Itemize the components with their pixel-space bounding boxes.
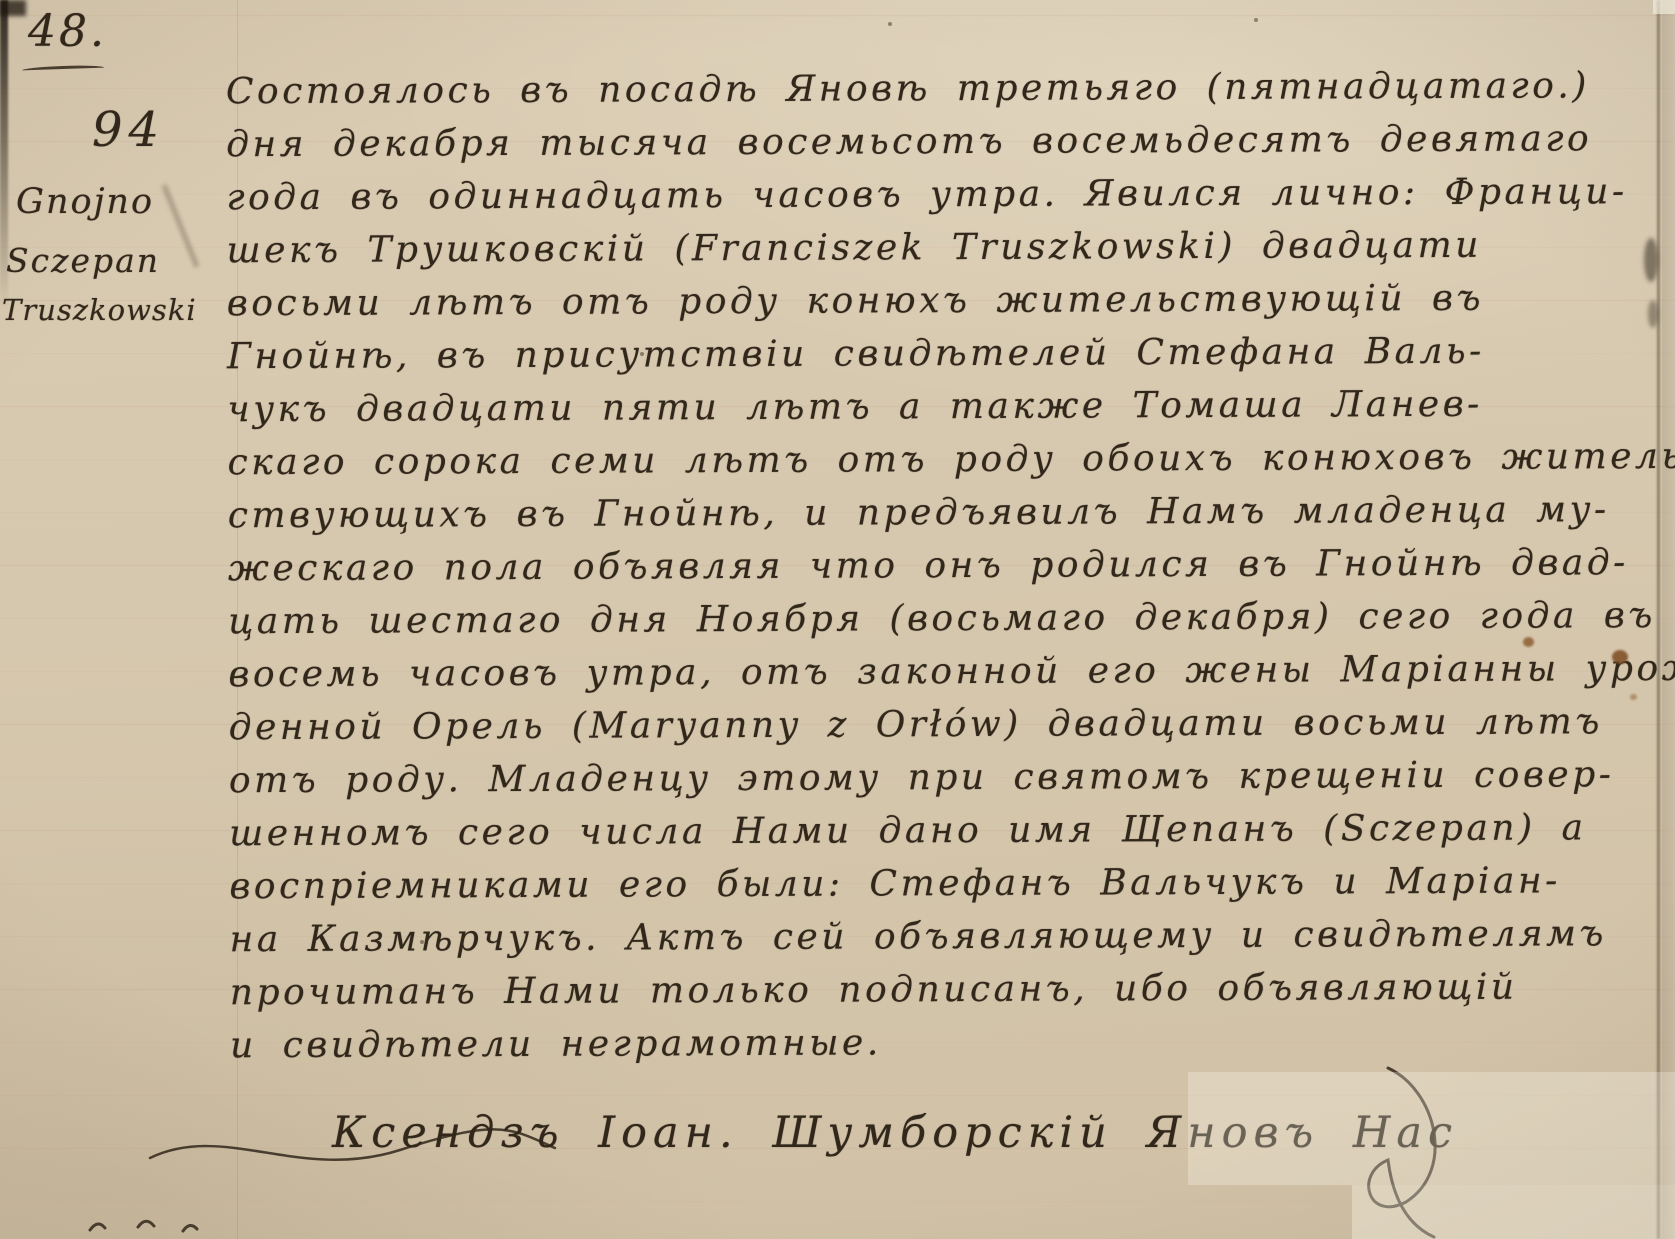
record-line: Состоялось въ посадѣ Яновѣ третьяго (пят…: [226, 59, 1675, 119]
register-scan-page: 48. 94 Gnojno Sczepan Truszkowski Состоя…: [0, 0, 1675, 1239]
paper-speck: [420, 940, 424, 944]
page-number: 48.: [28, 6, 107, 57]
record-line: чукъ двадцати пяти лѣтъ а также Томаша Л…: [227, 377, 1675, 437]
paper-speck: [640, 352, 644, 356]
record-line: отъ роду. Младенцу этому при святомъ кре…: [229, 748, 1675, 808]
record-line: жескаго пола объявляя что онъ родился въ…: [228, 536, 1675, 596]
record-body-text: Состоялось въ посадѣ Яновѣ третьяго (пят…: [226, 59, 1675, 1073]
paper-light-patch: [1188, 1072, 1675, 1185]
record-line: денной Орель (Maryanny z Orłów) двадцати…: [229, 695, 1675, 755]
record-line: года въ одиннадцать часовъ утра. Явился …: [226, 165, 1675, 225]
paper-stain: [1630, 694, 1637, 700]
paper-speck: [1254, 18, 1258, 22]
record-line: Гнойнѣ, въ присутствіи свидѣтелей Стефан…: [227, 324, 1675, 384]
record-line: восьми лѣтъ отъ роду конюхъ жительствующ…: [227, 271, 1675, 331]
record-line: на Казмѣрчукъ. Актъ сей объявляющему и с…: [230, 907, 1675, 967]
paper-speck: [888, 22, 892, 26]
page-corner-top-left: [0, 0, 26, 16]
pencil-smudge: [162, 184, 200, 267]
page-corner-top-right: [1653, 0, 1675, 14]
record-line: скаго сорока семи лѣтъ отъ роду обоихъ к…: [227, 430, 1675, 490]
paper-light-patch: [1352, 1185, 1675, 1239]
paper-stain: [1612, 650, 1628, 664]
record-line: восемь часовъ утра, отъ законной его жен…: [228, 642, 1675, 702]
record-line: и свидѣтели неграмотные.: [230, 1013, 1675, 1073]
record-line: шенномъ сего числа Нами дано имя Щепанъ …: [229, 801, 1675, 861]
paper-stain: [1523, 637, 1534, 647]
record-line: цать шестаго дня Ноября (восьмаго декабр…: [228, 589, 1675, 649]
page-number-underline: [22, 65, 104, 71]
margin-note-place: Gnojno: [16, 182, 154, 222]
margin-note-given-name: Sczepan: [6, 241, 160, 280]
record-line: ствующихъ въ Гнойнѣ, и предъявилъ Намъ м…: [228, 483, 1675, 543]
margin-note-surname: Truszkowski: [2, 293, 197, 327]
record-line: воспріемниками его были: Стефанъ Вальчук…: [229, 854, 1675, 914]
act-number: 94: [92, 102, 165, 158]
record-line: прочитанъ Нами только подписанъ, ибо объ…: [230, 960, 1675, 1020]
record-line: шекъ Трушковскій (Franciszek Truszkowski…: [227, 218, 1675, 278]
record-line: дня декабря тысяча восемьсотъ восемьдеся…: [226, 112, 1675, 172]
